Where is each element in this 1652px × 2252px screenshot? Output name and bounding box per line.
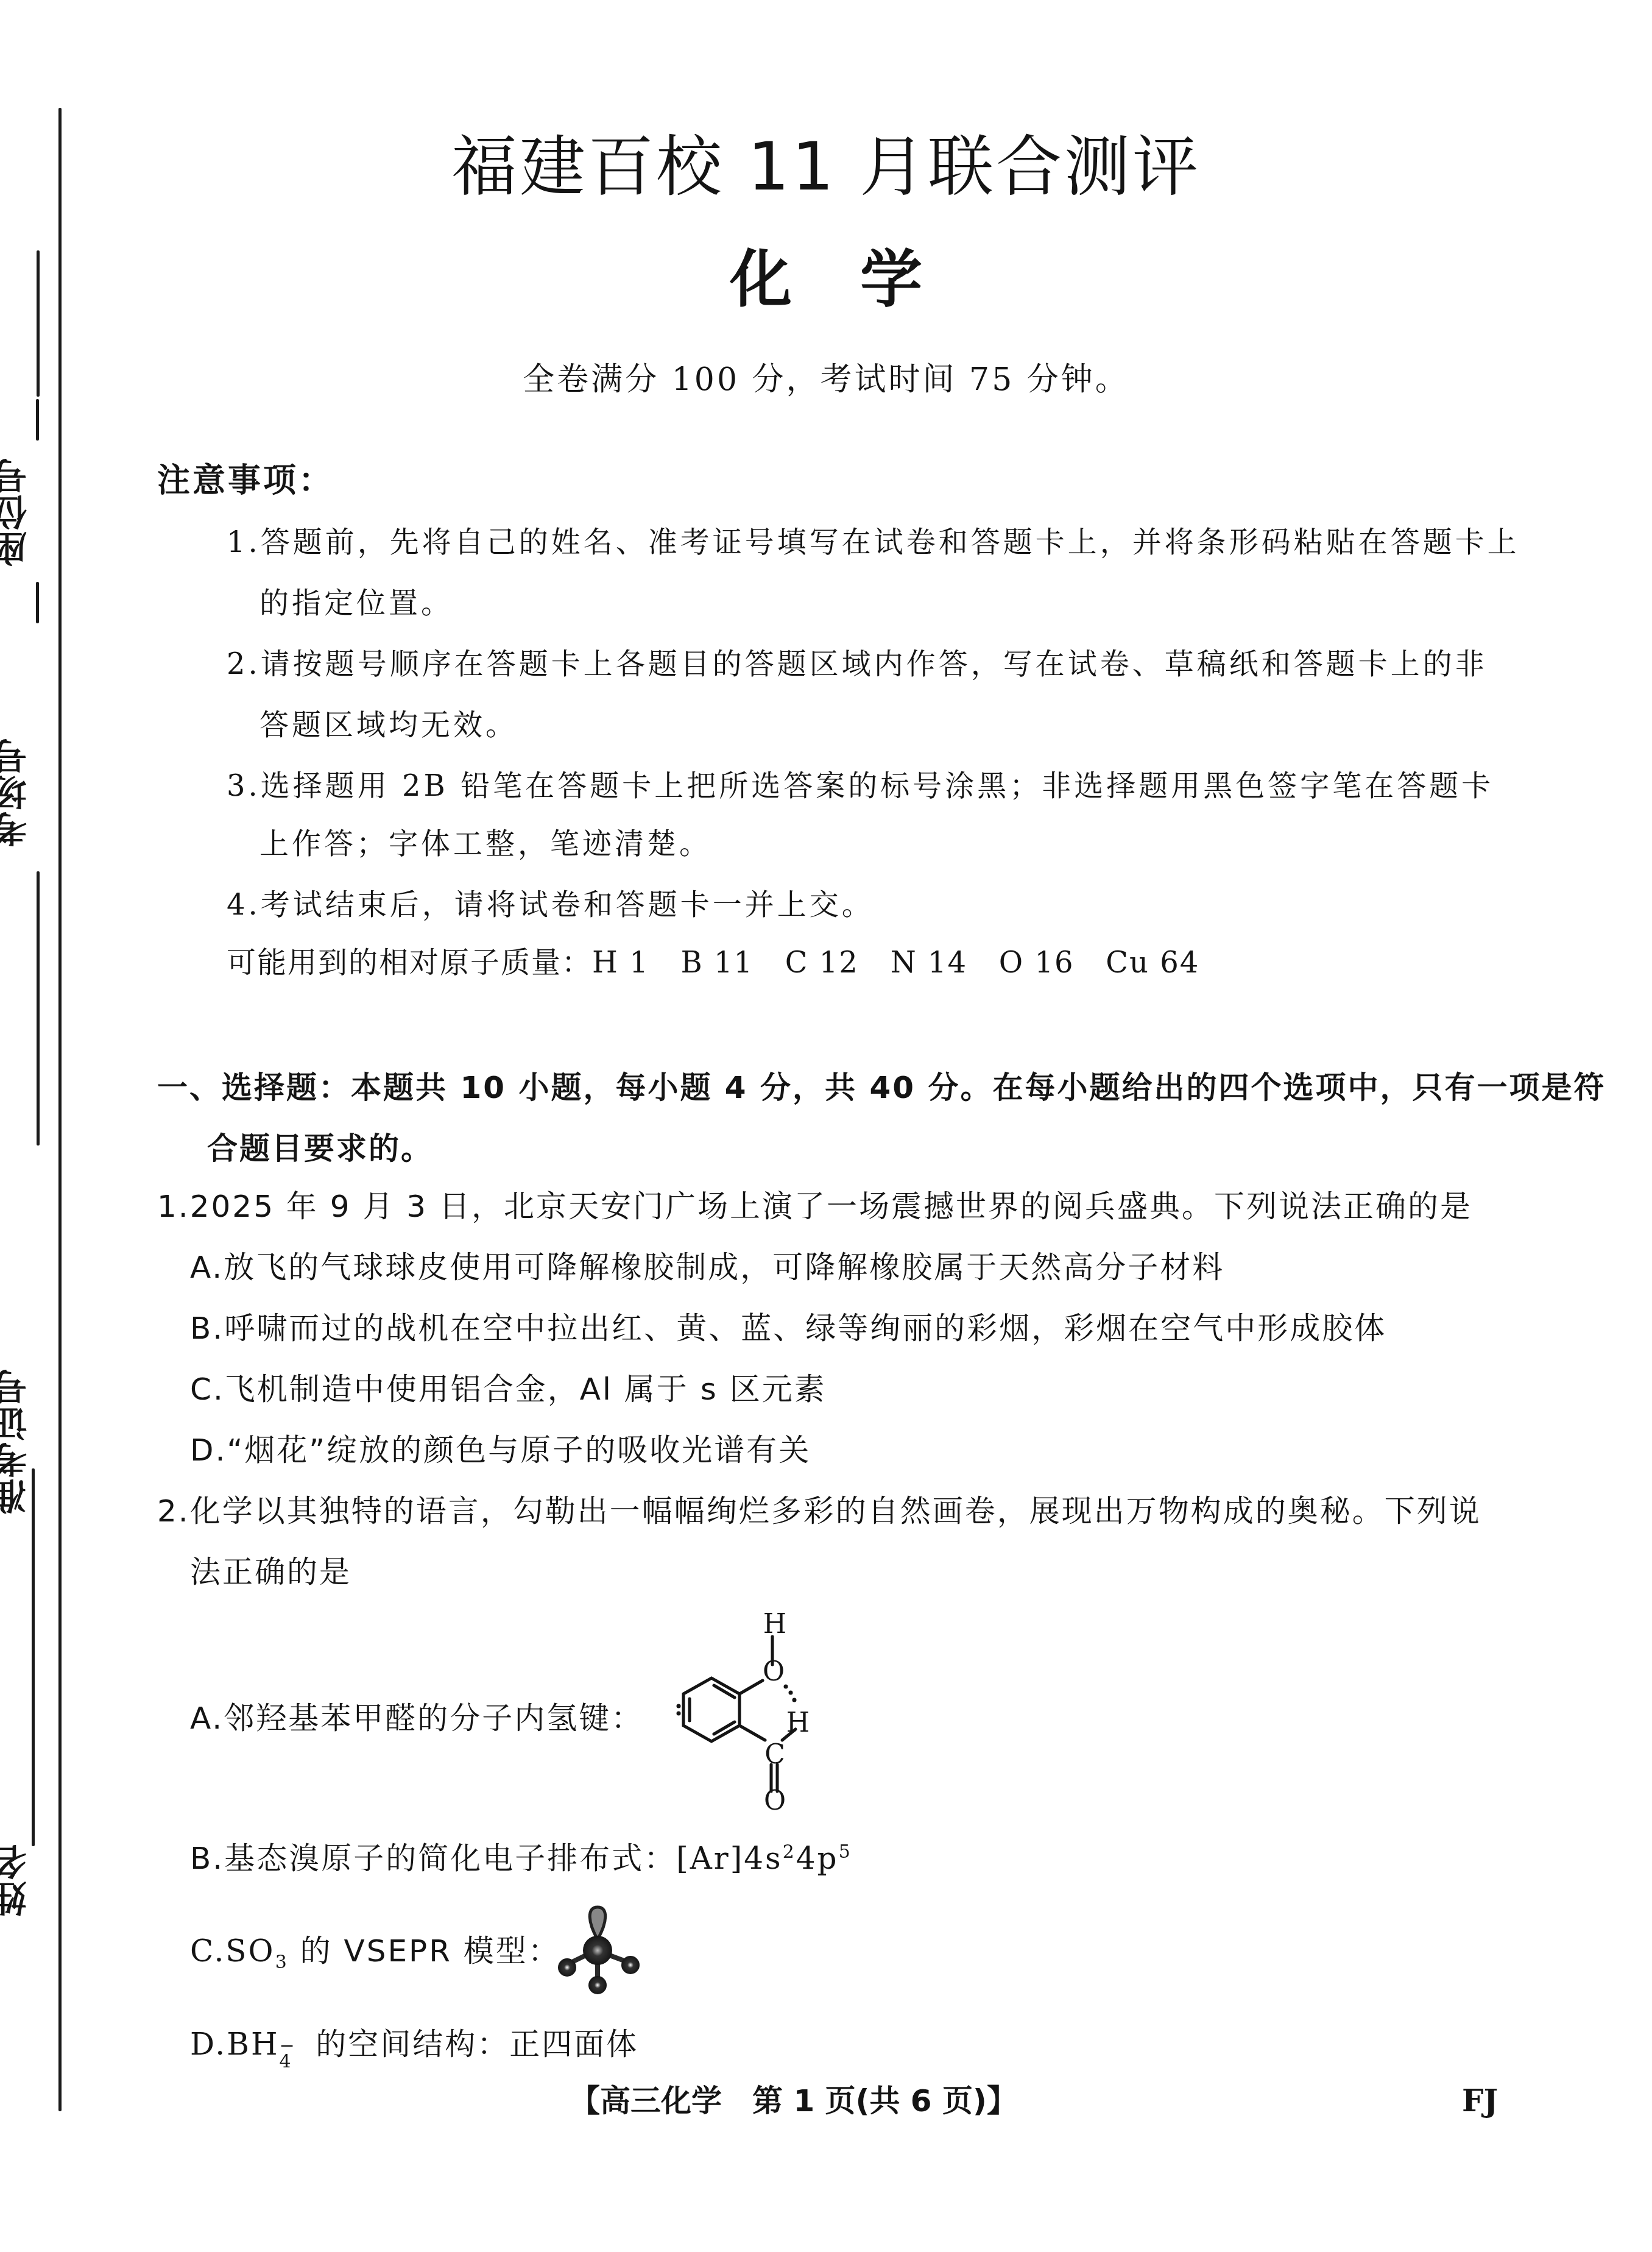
question-2-stem-line-2: 法正确的是 <box>190 1542 351 1602</box>
atomic-mass-line: 可能用到的相对原子质量：H 1 B 11 C 12 N 14 O 16 Cu 6… <box>227 932 1199 993</box>
seat-number-label: 座位号 <box>0 454 43 570</box>
option-b-text: B.基态溴原子的简化电子排布式： <box>190 1841 676 1876</box>
notice-item-3-line-2: 上作答；字体工整，笔迹清楚。 <box>259 813 711 874</box>
bromine-config-p: 4p <box>796 1841 839 1876</box>
notice-item-4: 4.考试结束后，请将试卷和答题卡一并上交。 <box>227 874 874 935</box>
exam-title: 福建百校 11 月联合测评 <box>0 128 1652 207</box>
subscript: 3 <box>275 1952 289 1973</box>
notice-item-1-line-2: 的指定位置。 <box>259 573 453 634</box>
exam-info: 全卷满分 100 分，考试时间 75 分钟。 <box>0 358 1652 401</box>
region-code: FJ <box>1462 2077 1498 2125</box>
notice-item-3-line-1: 3.选择题用 2B 铅笔在答题卡上把所选答案的标号涂黑；非选择题用黑色签字笔在答… <box>227 756 1494 816</box>
atom-c-carbonyl: C <box>764 1739 785 1770</box>
question-2-option-c[interactable]: C.SO3 的 VSEPR 模型： <box>190 1921 560 1981</box>
atom-o-carbonyl: O <box>764 1785 786 1816</box>
subject-char-1: 化 <box>730 244 792 316</box>
question-1-option-c[interactable]: C.飞机制造中使用铝合金，Al 属于 s 区元素 <box>190 1359 827 1420</box>
question-2-option-b[interactable]: B.基态溴原子的简化电子排布式：[Ar]4s24p5 <box>190 1828 852 1889</box>
question-1-option-d[interactable]: D.“烟花”绽放的颜色与原子的吸收光谱有关 <box>190 1420 811 1481</box>
superscript: 2 <box>783 1841 796 1863</box>
ticket-number-fill-line[interactable] <box>37 871 40 1145</box>
question-2-stem-line-1: 2.化学以其独特的语言，勾勒出一幅幅绚烂多彩的自然画卷，展现出万物构成的奥秘。下… <box>157 1481 1481 1542</box>
section-1-heading-line-1: 一、选择题：本题共 10 小题，每小题 4 分，共 40 分。在每小题给出的四个… <box>157 1057 1606 1118</box>
room-number-label: 考场号 <box>0 731 43 853</box>
so3-formula: C.SO <box>190 1933 275 1969</box>
bromine-config-base: [Ar]4s <box>676 1841 783 1876</box>
question-1-option-b[interactable]: B.呼啸而过的战机在空中拉出红、黄、蓝、绿等绚丽的彩烟，彩烟在空气中形成胶体 <box>190 1298 1386 1359</box>
page-footer-label: 【高三化学 第 1 页(共 6 页)】 <box>570 2077 1017 2125</box>
question-2-option-a[interactable]: A.邻羟基苯甲醛的分子内氢键： <box>190 1688 643 1749</box>
notice-item-1-line-1: 1.答题前，先将自己的姓名、准考证号填写在试卷和答题卡上，并将条形码粘贴在答题卡… <box>227 512 1520 573</box>
room-number-fill-line[interactable] <box>36 582 39 623</box>
seat-room-divider <box>36 399 39 441</box>
atom-h-hydroxyl: H <box>763 1609 786 1640</box>
option-c-text: 的 VSEPR 模型： <box>289 1933 560 1969</box>
subject-title: 化学 <box>0 244 1652 317</box>
salicylaldehyde-hydrogen-bond-diagram: H O H C O <box>646 1615 804 1810</box>
ticket-number-label: 准考证号 <box>0 1362 43 1520</box>
bh4-formula: D.BH <box>190 2027 280 2062</box>
notice-item-2-line-2: 答题区域均无效。 <box>259 695 518 756</box>
binding-line <box>58 108 62 2111</box>
notice-item-2-line-1: 2.请按题号顺序在答题卡上各题目的答题区域内作答，写在试卷、草稿纸和答题卡上的非 <box>227 634 1488 695</box>
name-fill-line[interactable] <box>32 1596 35 1846</box>
question-2-option-d[interactable]: D.BH−4 的空间结构：正四面体 <box>190 2014 638 2075</box>
name-label: 姓名 <box>0 1840 43 1919</box>
atomic-mass-label: 可能用到的相对原子质量： <box>227 946 592 980</box>
option-d-text: 的空间结构：正四面体 <box>293 2027 639 2062</box>
atom-h-aldehyde: H <box>786 1707 810 1738</box>
vsepr-model-icon <box>545 1904 655 2002</box>
notice-heading: 注意事项： <box>157 458 334 503</box>
question-1-stem: 1.2025 年 9 月 3 日，北京天安门广场上演了一场震撼世界的阅兵盛典。下… <box>157 1176 1472 1237</box>
atom-o-hydroxyl: O <box>763 1656 785 1687</box>
superscript: 5 <box>839 1841 852 1863</box>
question-1-option-a[interactable]: A.放飞的气球球皮使用可降解橡胶制成，可降解橡胶属于天然高分子材料 <box>190 1237 1224 1298</box>
subject-char-2: 学 <box>860 244 922 316</box>
section-1-heading-line-2: 合题目要求的。 <box>207 1118 433 1179</box>
atomic-mass-values: H 1 B 11 C 12 N 14 O 16 Cu 64 <box>592 946 1199 980</box>
ticket-name-divider <box>32 1468 35 1601</box>
